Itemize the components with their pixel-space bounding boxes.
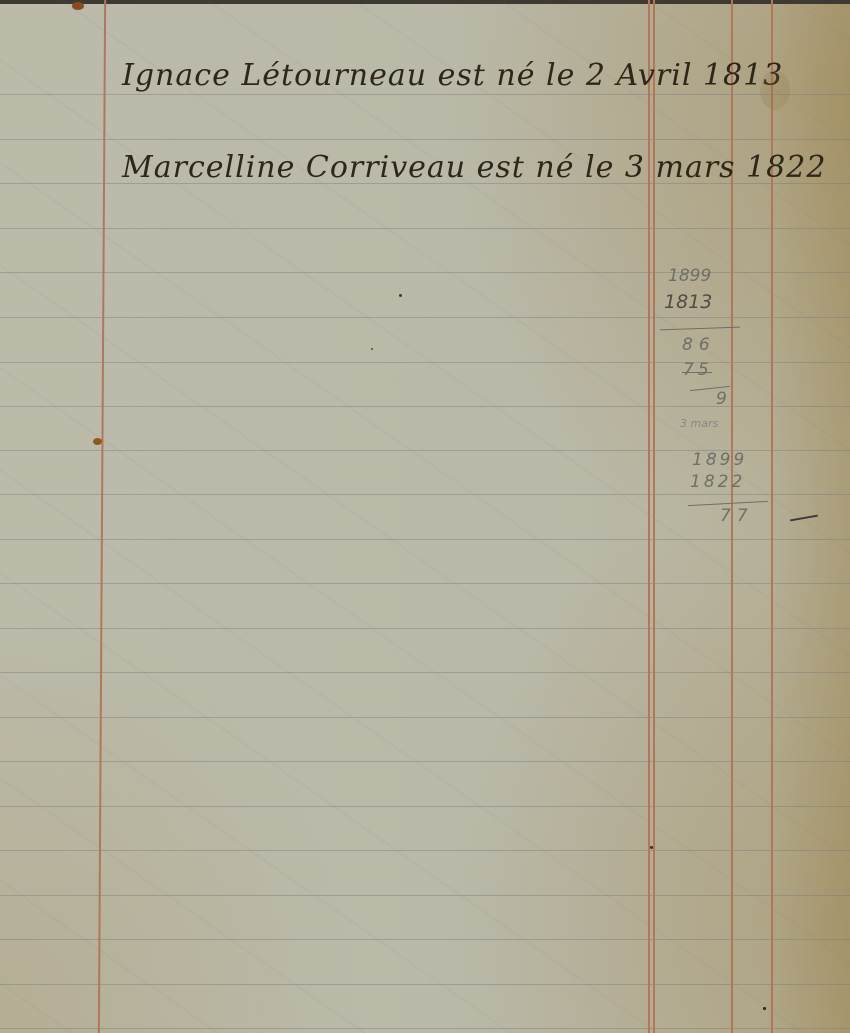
ruled-line [0,494,850,495]
calc2-minuend: 1899 [692,452,747,469]
ruled-line [0,1028,850,1029]
ledger-page: Ignace Létourneau est né le 2 Avril 1813… [0,0,850,1033]
ruled-line [0,939,850,940]
speck [763,1007,766,1010]
speck [399,294,402,297]
ruled-line [0,895,850,896]
calc1-next: 75 [683,362,713,379]
dash-mark [790,515,818,522]
ruled-line [0,806,850,807]
calc2-result: 77 [720,508,754,525]
ruled-line [0,850,850,851]
entry-ignace-letourneau: Ignace Létourneau est né le 2 Avril 1813 [122,58,783,93]
calc1-remainder: 9 [716,391,727,408]
ruled-line [0,272,850,273]
ruled-line [0,717,850,718]
left-margin-line [98,0,106,1033]
ruled-line [0,539,850,540]
calc1-note: 3 mars [680,418,718,429]
calc1-strike [682,372,712,373]
calc2-subtrahend: 1822 [690,474,745,491]
speck [650,846,653,849]
ruled-line [0,583,850,584]
ruled-line [0,628,850,629]
calc1-result: 86 [682,337,716,354]
ruled-line [0,761,850,762]
ruled-line [0,94,850,95]
page-top-edge [0,0,850,4]
stain [72,2,84,10]
ruled-line [0,317,850,318]
calc1-minuend: 1899 [668,268,711,285]
ruled-line [0,984,850,985]
ruled-line [0,362,850,363]
ruled-line [0,672,850,673]
ruled-line [0,228,850,229]
stain [93,438,102,445]
entry-marcelline-corriveau: Marcelline Corriveau est né le 3 mars 18… [122,150,826,185]
speck [371,348,373,350]
calc1-subtrahend: 1813 [664,293,712,312]
calc1-rule [660,327,740,331]
stain [760,70,790,110]
ruled-line [0,139,850,140]
